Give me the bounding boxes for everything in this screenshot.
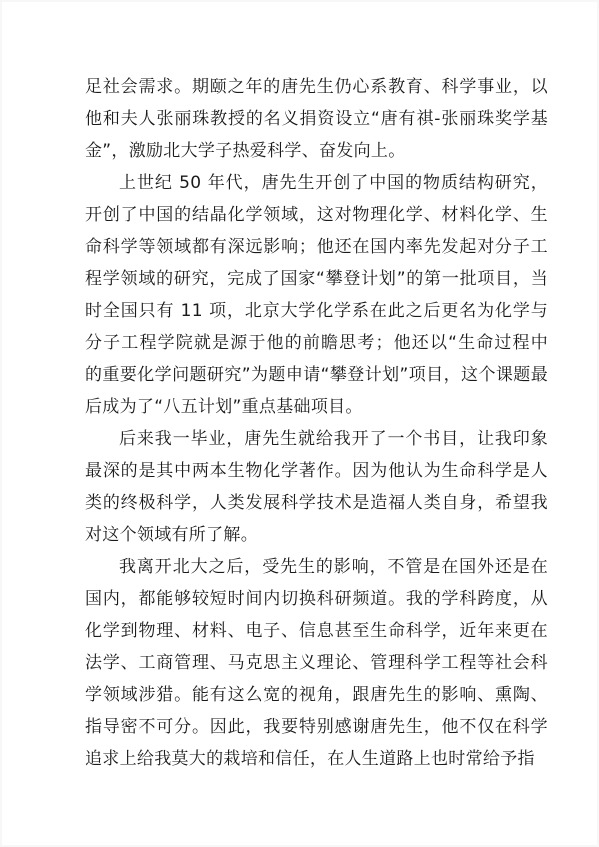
text-line: 国内，都能够较短时间内切换科研频道。我的学科跨度，从	[85, 583, 548, 615]
text-line: 化学到物理、材料、电子、信息甚至生命科学，近年来更在	[85, 615, 548, 647]
document-page: 足社会需求。期颐之年的唐先生仍心系教育、科学事业，以他和夫人张丽珠教授的名义捐资…	[0, 0, 599, 847]
text-line: 对这个领域有所了解。	[85, 519, 548, 551]
text-line: 分子工程学院就是源于他的前瞻思考；他还以“生命过程中	[85, 327, 548, 359]
paragraph: 我离开北大之后，受先生的影响，不管是在国外还是在国内，都能够较短时间内切换科研频…	[85, 551, 548, 775]
text-line: 我离开北大之后，受先生的影响，不管是在国外还是在	[85, 551, 548, 583]
text-line: 追求上给我莫大的栽培和信任，在人生道路上也时常给予指	[85, 743, 548, 775]
text-line: 最深的是其中两本生物化学著作。因为他认为生命科学是人	[85, 455, 548, 487]
text-line: 金”，激励北大学子热爱科学、奋发向上。	[85, 135, 548, 167]
text-line: 命科学等领域都有深远影响；他还在国内率先发起对分子工	[85, 231, 548, 263]
paragraph: 后来我一毕业，唐先生就给我开了一个书目，让我印象最深的是其中两本生物化学著作。因…	[85, 423, 548, 551]
text-line: 时全国只有 11 项，北京大学化学系在此之后更名为化学与	[85, 295, 548, 327]
text-line: 学领域涉猎。能有这么宽的视角，跟唐先生的影响、熏陶、	[85, 679, 548, 711]
paragraph: 足社会需求。期颐之年的唐先生仍心系教育、科学事业，以他和夫人张丽珠教授的名义捐资…	[85, 71, 548, 167]
text-line: 足社会需求。期颐之年的唐先生仍心系教育、科学事业，以	[85, 71, 548, 103]
text-line: 类的终极科学，人类发展科学技术是造福人类自身，希望我	[85, 487, 548, 519]
paragraph: 上世纪 50 年代，唐先生开创了中国的物质结构研究，开创了中国的结晶化学领域，这…	[85, 167, 548, 423]
text-line: 上世纪 50 年代，唐先生开创了中国的物质结构研究，	[85, 167, 548, 199]
text-line: 后来我一毕业，唐先生就给我开了一个书目，让我印象	[85, 423, 548, 455]
text-line: 后成为了“八五计划”重点基础项目。	[85, 391, 548, 423]
article-body: 足社会需求。期颐之年的唐先生仍心系教育、科学事业，以他和夫人张丽珠教授的名义捐资…	[85, 71, 548, 775]
text-line: 法学、工商管理、马克思主义理论、管理科学工程等社会科	[85, 647, 548, 679]
text-line: 他和夫人张丽珠教授的名义捐资设立“唐有祺-张丽珠奖学基	[85, 103, 548, 135]
text-line: 指导密不可分。因此，我要特别感谢唐先生，他不仅在科学	[85, 711, 548, 743]
text-line: 开创了中国的结晶化学领域，这对物理化学、材料化学、生	[85, 199, 548, 231]
text-line: 程学领域的研究，完成了国家“攀登计划”的第一批项目，当	[85, 263, 548, 295]
text-line: 的重要化学问题研究”为题申请“攀登计划”项目，这个课题最	[85, 359, 548, 391]
